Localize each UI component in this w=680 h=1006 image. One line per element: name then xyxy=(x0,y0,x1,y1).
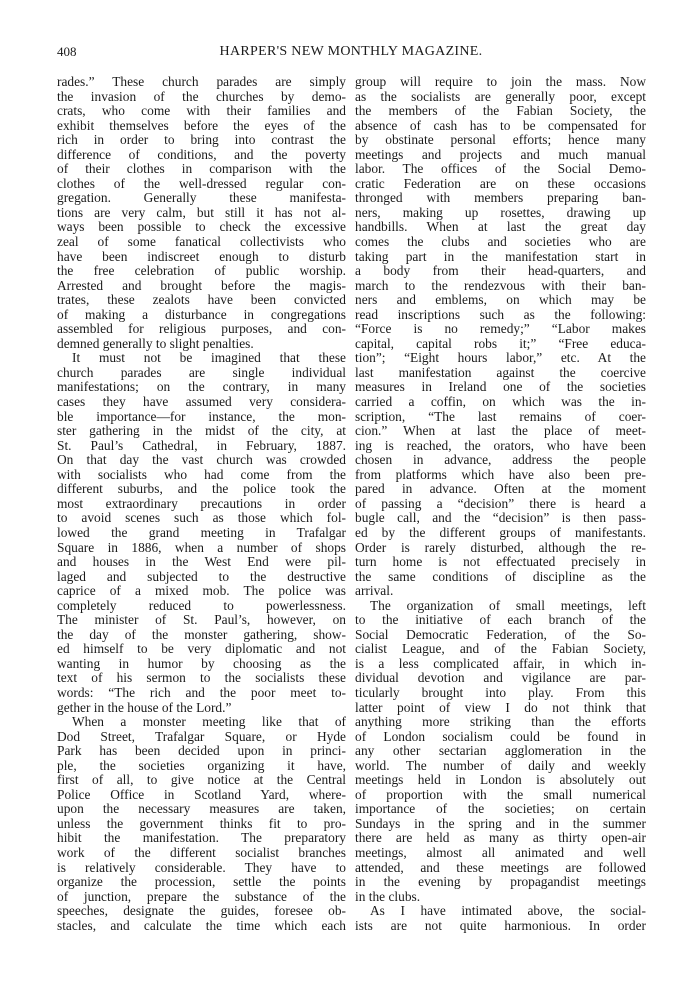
text-line: chosen in advance, address the people xyxy=(355,453,646,468)
text-line: unless the government thinks fit to pro- xyxy=(57,817,346,832)
text-line: caprice of a mixed mob. The police was xyxy=(57,584,346,599)
text-line: cratic Federation are on these occasions xyxy=(355,177,646,192)
text-line: upon the necessary measures are taken, xyxy=(57,802,346,817)
text-line: taking part in the manifestation start i… xyxy=(355,250,646,265)
text-line: Sundays in the spring and in the summer xyxy=(355,817,646,832)
text-line: ing is reached, the orators, who have be… xyxy=(355,439,646,454)
text-line: ble importance—for instance, the mon- xyxy=(57,410,346,425)
text-line: march to the rendezvous with their ban- xyxy=(355,279,646,294)
text-line: trates, these zealots have been convicte… xyxy=(57,293,346,308)
text-line: Square in 1886, when a number of shops xyxy=(57,541,346,556)
text-line: pared in advance. Often at the moment xyxy=(355,482,646,497)
text-line: hibit the manifestation. The preparatory xyxy=(57,831,346,846)
text-line: clothes of the well-dressed regular con- xyxy=(57,177,346,192)
text-line: read inscriptions such as the following: xyxy=(355,308,646,323)
text-line: St. Paul’s Cathedral, in February, 1887. xyxy=(57,439,346,454)
text-line: there are held as many as thirty open-ai… xyxy=(355,831,646,846)
text-line: ticularly brought into play. From this xyxy=(355,686,646,701)
text-line: most extraordinary precautions in order xyxy=(57,497,346,512)
text-column-right: group will require to join the mass. Now… xyxy=(355,75,646,933)
text-line: meetings, almost all animated and well xyxy=(355,846,646,861)
text-line: of passing a “decision” there is heard a xyxy=(355,497,646,512)
text-line: cases they have assumed very considera- xyxy=(57,395,346,410)
text-line: the invasion of the churches by demo- xyxy=(57,90,346,105)
text-line: anything more striking than the efforts xyxy=(355,715,646,730)
text-line: rades.” These church parades are simply xyxy=(57,75,346,90)
text-line: of London socialism could be found in xyxy=(355,730,646,745)
text-line: world. The number of daily and weekly xyxy=(355,759,646,774)
text-line: turn home is not effectuated precisely i… xyxy=(355,555,646,570)
text-line: meetings held in London is absolutely ou… xyxy=(355,773,646,788)
text-line: Park has been decided upon in princi- xyxy=(57,744,346,759)
text-line: laged and subjected to the destructive xyxy=(57,570,346,585)
text-line: bugle call, and the “decision” is then p… xyxy=(355,511,646,526)
text-line: When a monster meeting like that of xyxy=(57,715,346,730)
text-line: absence of cash has to be compensated fo… xyxy=(355,119,646,134)
text-line: ists are not quite harmonious. In order xyxy=(355,919,646,934)
text-line: Social Democratic Federation, of the So- xyxy=(355,628,646,643)
text-line: church parades are single individual xyxy=(57,366,346,381)
text-line: Arrested and brought before the magis- xyxy=(57,279,346,294)
text-line: as the socialists are generally poor, ex… xyxy=(355,90,646,105)
text-line: last manifestation against the coercive xyxy=(355,366,646,381)
text-line: As I have intimated above, the social- xyxy=(355,904,646,919)
text-line: rich in order to bring into contrast the xyxy=(57,133,346,148)
text-line: stacles, and calculate the time which ea… xyxy=(57,919,346,934)
text-line: dividual devotion and vigilance are par- xyxy=(355,671,646,686)
text-line: The minister of St. Paul’s, however, on xyxy=(57,613,346,628)
text-line: crats, who come with their families and xyxy=(57,104,346,119)
text-line: “Force is no remedy;” “Labor makes xyxy=(355,322,646,337)
text-line: difference of conditions, and the povert… xyxy=(57,148,346,163)
text-line: meetings and projects and much manual xyxy=(355,148,646,163)
running-title: HARPER'S NEW MONTHLY MAGAZINE. xyxy=(57,44,645,60)
text-line: attended, and these meetings are followe… xyxy=(355,861,646,876)
text-line: On that day the vast church was crowded xyxy=(57,453,346,468)
text-line: cion.” When at last the place of meet- xyxy=(355,424,646,439)
text-line: manifestations; on the contrary, in many xyxy=(57,380,346,395)
text-line: in the clubs. xyxy=(355,890,646,905)
text-line: first of all, to give notice at the Cent… xyxy=(57,773,346,788)
text-line: different suburbs, and the police took t… xyxy=(57,482,346,497)
text-line: to the initiative of each branch of the xyxy=(355,613,646,628)
text-line: words: “The rich and the poor meet to- xyxy=(57,686,346,701)
text-line: ster gathering in the midst of the city,… xyxy=(57,424,346,439)
text-line: is relatively considerable. They have to xyxy=(57,861,346,876)
text-line: Dod Street, Trafalgar Square, or Hyde xyxy=(57,730,346,745)
page-header: 408 HARPER'S NEW MONTHLY MAGAZINE. xyxy=(57,44,645,62)
text-line: arrival. xyxy=(355,584,646,599)
text-line: tion”; “Eight hours labor,” etc. At the xyxy=(355,351,646,366)
text-line: text of his sermon to the socialists the… xyxy=(57,671,346,686)
text-line: comes the clubs and societies who are xyxy=(355,235,646,250)
text-line: zeal of some fanatical collectivists who xyxy=(57,235,346,250)
text-line: ners and emblems, on which may be xyxy=(355,293,646,308)
text-line: The organization of small meetings, left xyxy=(355,599,646,614)
text-line: the same conditions of discipline as the xyxy=(355,570,646,585)
text-line: measures in Ireland one of the societies xyxy=(355,380,646,395)
text-line: any other sectarian agglomeration in the xyxy=(355,744,646,759)
text-line: lowed the grand meeting in Trafalgar xyxy=(57,526,346,541)
text-line: in the evening by propagandist meetings xyxy=(355,875,646,890)
text-line: tions are very calm, but still it has no… xyxy=(57,206,346,221)
text-line: carried a coffin, on which was the in- xyxy=(355,395,646,410)
text-line: gregation. Generally these manifesta- xyxy=(57,191,346,206)
text-line: of proportion with the small numerical xyxy=(355,788,646,803)
text-line: of their clothes in comparison with the xyxy=(57,162,346,177)
text-line: a body from their head-quarters, and xyxy=(355,264,646,279)
text-line: of making a disturbance in congregations xyxy=(57,308,346,323)
text-line: the members of the Fabian Society, the xyxy=(355,104,646,119)
text-line: thronged with members preparing ban- xyxy=(355,191,646,206)
text-line: to avoid scenes such as those which fol- xyxy=(57,511,346,526)
text-line: gether in the house of the Lord.” xyxy=(57,701,346,716)
text-line: ed by the different groups of manifestan… xyxy=(355,526,646,541)
text-line: assembled for religious purposes, and co… xyxy=(57,322,346,337)
text-line: is a less complicated affair, in which i… xyxy=(355,657,646,672)
text-line: speeches, designate the guides, foresee … xyxy=(57,904,346,919)
text-line: and houses in the West End were pil- xyxy=(57,555,346,570)
text-line: completely reduced to powerlessness. xyxy=(57,599,346,614)
text-line: Order is rarely disturbed, although the … xyxy=(355,541,646,556)
text-line: with socialists who had come from the xyxy=(57,468,346,483)
text-line: Police Office in Scotland Yard, where- xyxy=(57,788,346,803)
text-line: organize the procession, settle the poin… xyxy=(57,875,346,890)
text-line: handbills. When at last the great day xyxy=(355,220,646,235)
text-line: ways been possible to check the excessiv… xyxy=(57,220,346,235)
text-line: capital, capital robs it;” “Free educa- xyxy=(355,337,646,352)
text-line: the day of the monster gathering, show- xyxy=(57,628,346,643)
text-line: wanting in humor by choosing as the xyxy=(57,657,346,672)
text-line: ed himself to be very diplomatic and not xyxy=(57,642,346,657)
text-line: cialist League, and of the Fabian Societ… xyxy=(355,642,646,657)
text-line: scription, “The last remains of coer- xyxy=(355,410,646,425)
text-line: from platforms which have also been pre- xyxy=(355,468,646,483)
text-line: by obstinate personal efforts; hence man… xyxy=(355,133,646,148)
text-line: group will require to join the mass. Now xyxy=(355,75,646,90)
text-line: importance of the societies; on certain xyxy=(355,802,646,817)
text-line: It must not be imagined that these xyxy=(57,351,346,366)
text-line: of junction, prepare the substance of th… xyxy=(57,890,346,905)
text-column-left: rades.” These church parades are simplyt… xyxy=(57,75,346,933)
text-line: the free celebration of public worship. xyxy=(57,264,346,279)
text-line: work of the different socialist branches xyxy=(57,846,346,861)
text-line: latter point of view I do not think that xyxy=(355,701,646,716)
text-line: demned generally to slight penalties. xyxy=(57,337,346,352)
text-line: ners, making up rosettes, drawing up xyxy=(355,206,646,221)
text-line: ple, the societies organizing it have, xyxy=(57,759,346,774)
text-line: have been indiscreet enough to disturb xyxy=(57,250,346,265)
text-line: exhibit themselves before the eyes of th… xyxy=(57,119,346,134)
text-line: labor. The offices of the Social Demo- xyxy=(355,162,646,177)
